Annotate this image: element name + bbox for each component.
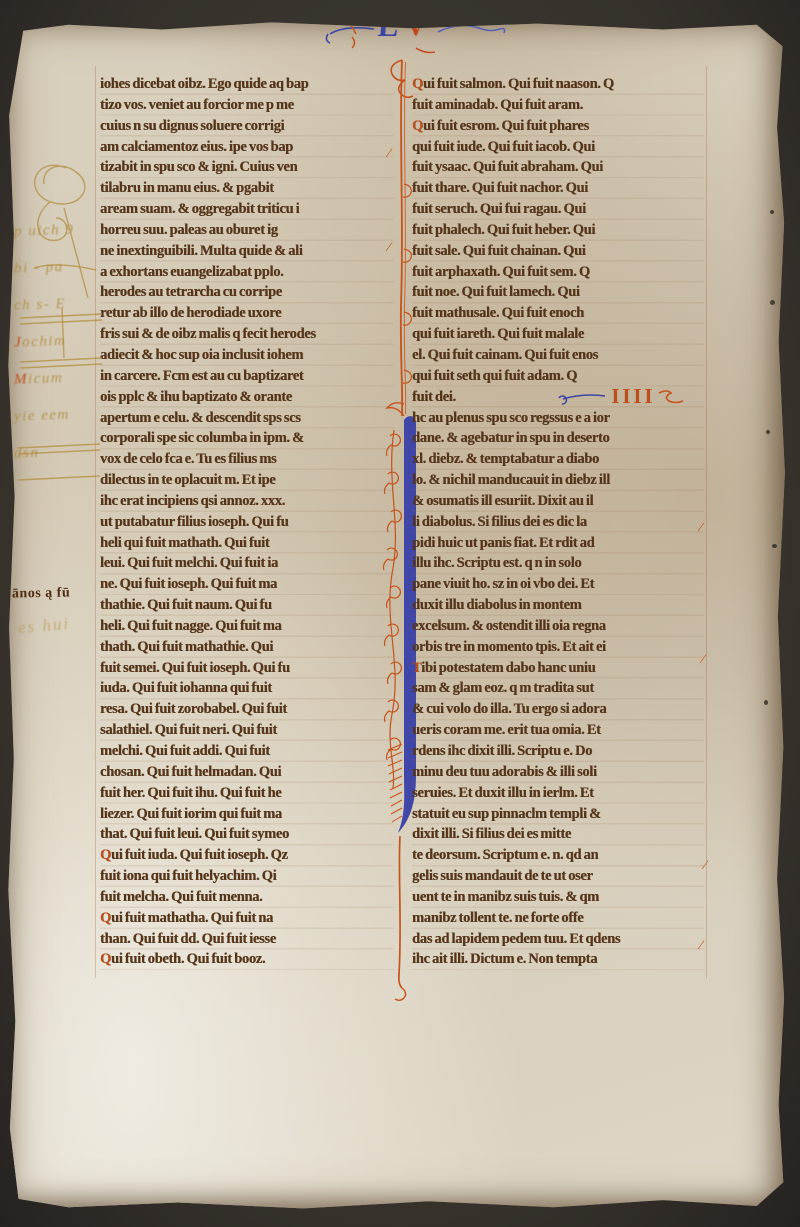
text-line: a exhortans euangelizabat pplo. [100,262,394,283]
text-line: salathiel. Qui fuit neri. Qui fuit [100,720,394,741]
red-pen-rule-upper [401,60,402,416]
running-header: L V [320,6,520,62]
text-line: leui. Qui fuit melchi. Qui fuit ia [100,553,394,574]
text-line: iuda. Qui fuit iohanna qui fuit [100,678,394,699]
text-line: fuit seruch. Qui fui ragau. Qui [412,199,704,220]
text-line: manibz tollent te. ne forte offe [412,908,704,929]
text-line: fuit her. Qui fuit ihu. Qui fuit he [100,783,394,804]
text-line: dixit illi. Si filius dei es mitte [412,824,704,845]
red-pen-rule-lower [399,836,402,988]
manuscript-leaf: L V [6,20,788,1212]
photo-backdrop: L V [0,0,800,1227]
text-line: fuit phalech. Qui fuit heber. Qui [412,220,704,241]
text-line: horreu suu. paleas au oburet ig [100,220,394,241]
running-header-letter-v: V [406,11,426,42]
text-line: fuit ysaac. Qui fuit abraham. Qui [412,157,704,178]
column-left: iohes dicebat oibz. Ego quide aq baptizo… [100,74,394,970]
text-line: te deorsum. Scriptum e. n. qd an [412,845,704,866]
text-line: & osumatis ill esuriit. Dixit au il [412,491,704,512]
line-filler-icon [700,518,710,532]
top-cascade-flourish [391,60,413,97]
line-filler-icon [388,144,398,158]
text-line: fuit mathusale. Qui fuit enoch [412,303,704,324]
line-filler-icon [388,238,398,252]
text-line: duxit illu diabolus in montem [412,595,704,616]
text-line: hc au plenus spu sco regssus e a ior [412,408,704,429]
text-line: thath. Qui fuit mathathie. Qui [100,637,394,658]
worm-speck [766,430,770,434]
text-line: fuit noe. Qui fuit lamech. Qui [412,282,704,303]
text-line: lo. & nichil manducauit in diebz ill [412,470,704,491]
text-line: pidi huic ut panis fiat. Et rdit ad [412,533,704,554]
text-line: ne. Qui fuit ioseph. Qui fuit ma [100,574,394,595]
text-line: minu deu tuu adorabis & illi soli [412,762,704,783]
text-line: uent te in manibz suis tuis. & qm [412,887,704,908]
text-line: dane. & agebatur in spu in deserto [412,428,704,449]
text-line: cuius n su dignus soluere corrigi [100,116,394,137]
text-line: rdens ihc dixit illi. Scriptu e. Do [412,741,704,762]
text-line: chosan. Qui fuit helmadan. Qui [100,762,394,783]
text-line: fuit melcha. Qui fuit menna. [100,887,394,908]
text-line: melchi. Qui fuit addi. Qui fuit [100,741,394,762]
text-line: statuit eu sup pinnaclm templi & [412,804,704,825]
text-line: sam & glam eoz. q m tradita sut [412,678,704,699]
line-filler-icon [702,650,712,664]
text-line: tizo vos. veniet au forcior me p me [100,95,394,116]
text-line: seruies. Et duxit illu in ierlm. Et [412,783,704,804]
text-line: qui fuit seth qui fuit adam. Q [412,366,704,387]
text-line: dilectus in te oplacuit m. Et ipe [100,470,394,491]
text-line: ois pplc & ihu baptizato & orante [100,387,394,408]
text-line: am calciamentoz eius. ipe vos bap [100,137,394,158]
text-line: fuit aminadab. Qui fuit aram. [412,95,704,116]
text-line: fris sui & de oibz malis q fecit herodes [100,324,394,345]
pen-trial-line: p uich 9 [13,210,112,250]
pen-trial-line: Jochim [13,321,112,361]
text-line: qui fuit iareth. Qui fuit malale [412,324,704,345]
pen-trial-line: Micum [13,358,112,398]
running-header-letter-l: L [377,8,400,44]
text-line: apertum e celu. & descendit sps scs [100,408,394,429]
text-line: liezer. Qui fuit iorim qui fuit ma [100,804,394,825]
margin-pen-trials: p uich 9bi - pach s- EJochimMicumyie eem… [14,212,112,471]
text-line: fuit thare. Qui fuit nachor. Qui [412,178,704,199]
text-line: resa. Qui fuit zorobabel. Qui fuit [100,699,394,720]
margin-note-faint: es hui [17,614,71,638]
text-line: illu ihc. Scriptu est. q n in solo [412,553,704,574]
text-line: in carcere. Fcm est au cu baptizaret [100,366,394,387]
text-line: ut putabatur filius ioseph. Qui fu [100,512,394,533]
text-line: & cui volo do illa. Tu ergo si adora [412,699,704,720]
text-line: ihc erat incipiens qsi annoz. xxx. [100,491,394,512]
text-line: that. Qui fuit leui. Qui fuit symeo [100,824,394,845]
worm-speck [772,544,777,548]
text-line: vox de celo fca e. Tu es filius ms [100,449,394,470]
margin-note-annos: ānos ą fū [12,585,70,602]
worm-speck [764,700,768,705]
terminal-curl [395,988,406,1000]
text-line: fuit arphaxath. Qui fuit sem. Q [412,262,704,283]
text-line: thathie. Qui fuit naum. Qui fu [100,595,394,616]
text-line: heli. Qui fuit nagge. Qui fuit ma [100,616,394,637]
column-right: Qui fuit salmon. Qui fuit naason. Qfuit … [412,74,704,970]
text-line: fuit dei. [412,387,704,408]
text-line: pane viuit ho. sz in oi vbo dei. Et [412,574,704,595]
text-line: retur ab illo de herodiade uxore [100,303,394,324]
text-line: corporali spe sic columba in ipm. & [100,428,394,449]
text-line: herodes au tetrarcha cu corripe [100,282,394,303]
worm-speck [770,300,775,305]
text-line: than. Qui fuit dd. Qui fuit iesse [100,929,394,950]
text-line: orbis tre in momento tpis. Et ait ei [412,637,704,658]
text-line: iohes dicebat oibz. Ego quide aq bap [100,74,394,95]
text-line: adiecit & hoc sup oia inclusit iohem [100,345,394,366]
text-line: aream suam. & oggregabit triticu i [100,199,394,220]
text-line: fuit iona qui fuit helyachim. Qi [100,866,394,887]
text-line: ueris coram me. erit tua omia. Et [412,720,704,741]
text-line: excelsum. & ostendit illi oia regna [412,616,704,637]
text-line: das ad lapidem pedem tuu. Et qdens [412,929,704,950]
text-line: xl. diebz. & temptabatur a diabo [412,449,704,470]
text-line: heli qui fuit mathath. Qui fuit [100,533,394,554]
ruling-line-left [95,66,96,978]
text-line: tilabru in manu eius. & pgabit [100,178,394,199]
text-line: fuit sale. Qui fuit chainan. Qui [412,241,704,262]
text-line: el. Qui fuit cainam. Qui fuit enos [412,345,704,366]
text-line: Qui fuit obeth. Qui fuit booz. [100,949,394,970]
pen-trial-line: yie eem [13,395,112,435]
text-line: ne inextinguibili. Multa quide & ali [100,241,394,262]
text-line: fuit semei. Qui fuit ioseph. Qui fu [100,658,394,679]
text-line: tizabit in spu sco & igni. Cuius ven [100,157,394,178]
pen-trial-line: dsn [13,432,112,472]
text-line: gelis suis mandauit de te ut oser [412,866,704,887]
pen-trial-line: bi - pa [13,247,112,287]
text-line: Qui fuit esrom. Qui fuit phares [412,116,704,137]
text-line: qui fuit iude. Qui fuit iacob. Qui [412,137,704,158]
text-line: Qui fuit mathatha. Qui fuit na [100,908,394,929]
line-filler-icon [704,856,714,870]
text-line: ihc ait illi. Dictum e. Non tempta [412,949,704,970]
worm-speck [770,210,774,214]
pen-trial-line: ch s- E [13,284,112,324]
text-line: Tibi potestatem dabo hanc uniu [412,658,704,679]
text-line: Qui fuit salmon. Qui fuit naason. Q [412,74,704,95]
text-line: Qui fuit iuda. Qui fuit ioseph. Qz [100,845,394,866]
line-filler-icon [700,936,710,950]
text-line: li diabolus. Si filius dei es dic la [412,512,704,533]
